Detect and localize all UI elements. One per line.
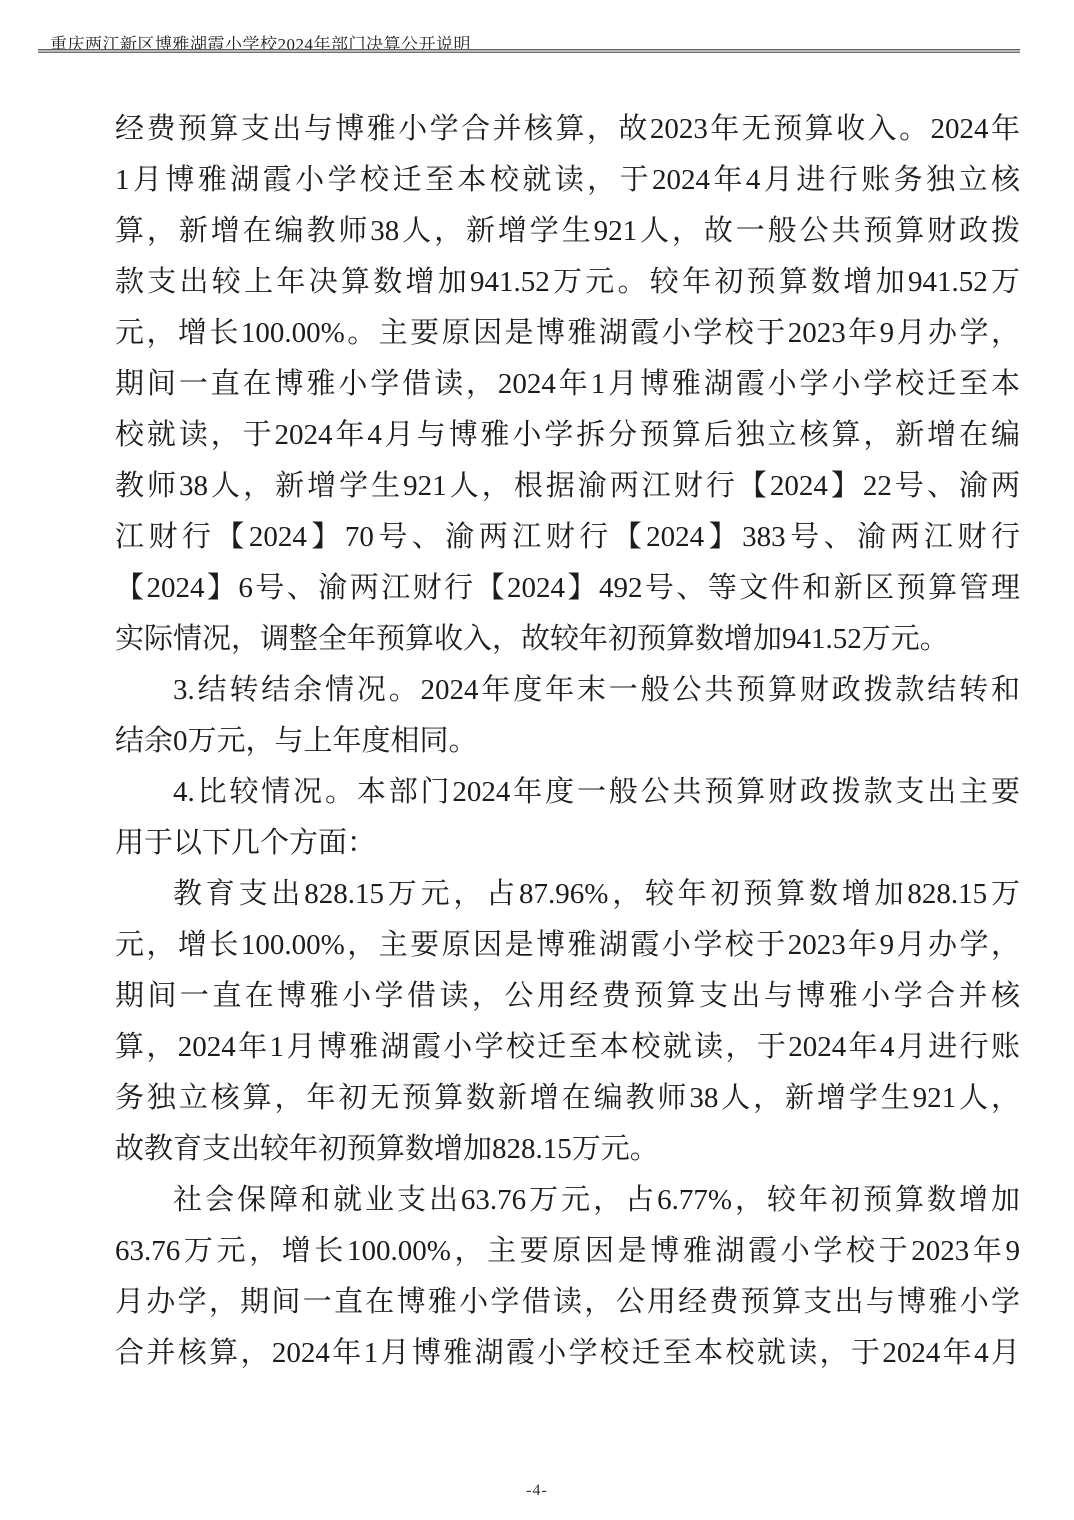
document-page: 重庆两江新区博雅湖霞小学校2024年部门决算公开说明 经费预算支出与博雅小学合并…	[0, 0, 1074, 1520]
text-line: 用于以下几个方面：	[115, 818, 1020, 869]
text-line: 江财行【2024】70号、渝两江财行【2024】383号、渝两江财行	[115, 512, 1020, 563]
text-line: 经费预算支出与博雅小学合并核算，故2023年无预算收入。2024年	[115, 104, 1020, 155]
text-line: 校就读，于2024年4月与博雅小学拆分预算后独立核算，新增在编	[115, 410, 1020, 461]
text-line: 期间一直在博雅小学借读，2024年1月博雅湖霞小学小学校迁至本	[115, 359, 1020, 410]
text-line: 4.比较情况。本部门2024年度一般公共预算财政拨款支出主要	[115, 767, 1020, 818]
document-body: 经费预算支出与博雅小学合并核算，故2023年无预算收入。2024年1月博雅湖霞小…	[115, 104, 1020, 1379]
text-line: 元，增长100.00%，主要原因是博雅湖霞小学校于2023年9月办学，	[115, 920, 1020, 971]
text-line: 1月博雅湖霞小学校迁至本校就读，于2024年4月进行账务独立核	[115, 155, 1020, 206]
text-line: 社会保障和就业支出63.76万元，占6.77%，较年初预算数增加	[115, 1175, 1020, 1226]
text-line: 3.结转结余情况。2024年度年末一般公共预算财政拨款结转和	[115, 665, 1020, 716]
text-line: 元，增长100.00%。主要原因是博雅湖霞小学校于2023年9月办学，	[115, 308, 1020, 359]
text-line: 实际情况，调整全年预算收入，故较年初预算数增加941.52万元。	[115, 614, 1020, 665]
text-line: 务独立核算，年初无预算数新增在编教师38人，新增学生921人，	[115, 1073, 1020, 1124]
text-line: 期间一直在博雅小学借读，公用经费预算支出与博雅小学合并核	[115, 971, 1020, 1022]
text-line: 故教育支出较年初预算数增加828.15万元。	[115, 1124, 1020, 1175]
text-line: 算，新增在编教师38人，新增学生921人，故一般公共预算财政拨	[115, 206, 1020, 257]
text-line: 款支出较上年决算数增加941.52万元。较年初预算数增加941.52万	[115, 257, 1020, 308]
text-line: 教育支出828.15万元，占87.96%，较年初预算数增加828.15万	[115, 869, 1020, 920]
header-rule	[38, 49, 1020, 53]
text-line: 【2024】6号、渝两江财行【2024】492号、等文件和新区预算管理	[115, 563, 1020, 614]
text-line: 合并核算，2024年1月博雅湖霞小学校迁至本校就读，于2024年4月	[115, 1328, 1020, 1379]
text-line: 算，2024年1月博雅湖霞小学校迁至本校就读，于2024年4月进行账	[115, 1022, 1020, 1073]
page-number: -4-	[0, 1482, 1074, 1500]
text-line: 教师38人，新增学生921人，根据渝两江财行【2024】22号、渝两	[115, 461, 1020, 512]
text-line: 结余0万元，与上年度相同。	[115, 716, 1020, 767]
text-line: 63.76万元，增长100.00%，主要原因是博雅湖霞小学校于2023年9	[115, 1226, 1020, 1277]
text-line: 月办学，期间一直在博雅小学借读，公用经费预算支出与博雅小学	[115, 1277, 1020, 1328]
